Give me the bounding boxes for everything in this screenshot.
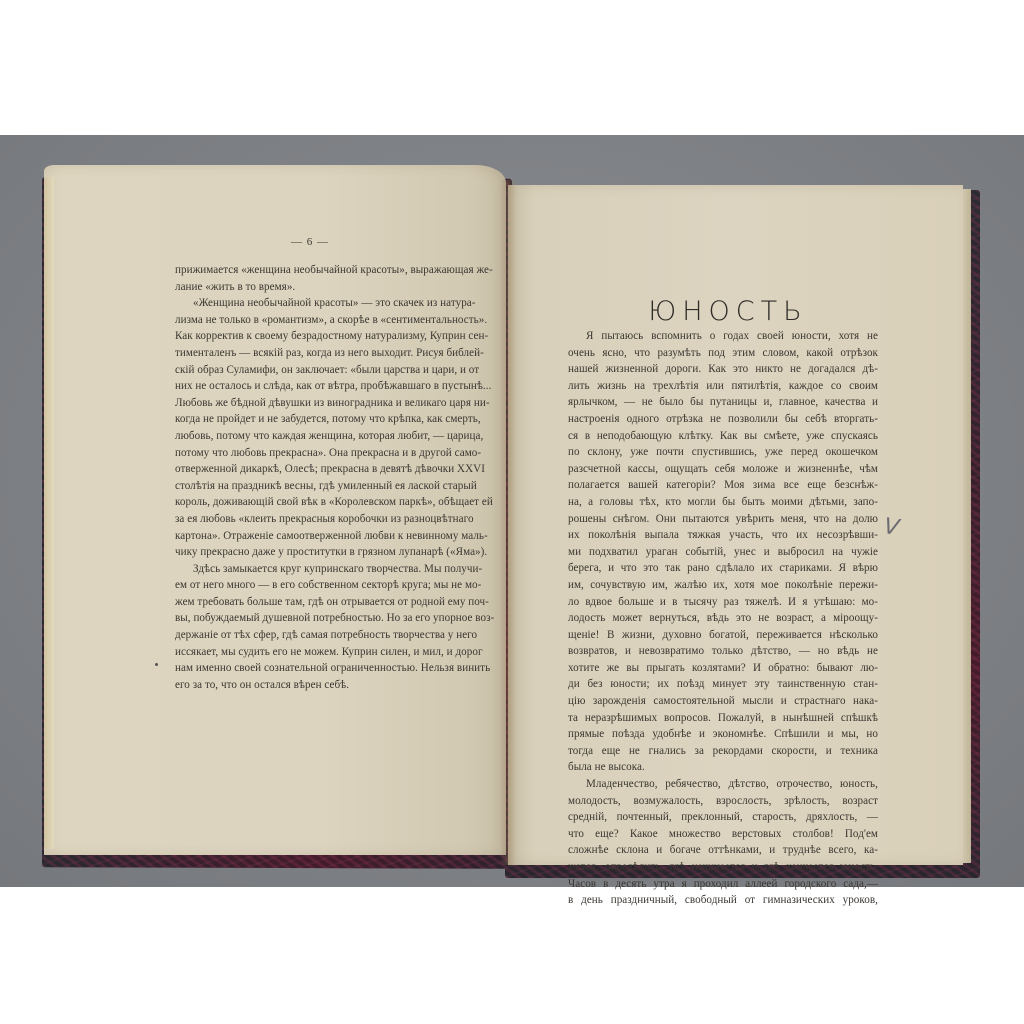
text-line: берега, и что это так рано сдѣлало их ст… bbox=[568, 560, 878, 577]
text-line: полагается вашей категоріи? Моя зима все… bbox=[568, 477, 878, 494]
text-line: нам именно своей сознательной ограниченн… bbox=[175, 660, 465, 677]
left-page-body: прижимается «женщина необычайной красоты… bbox=[175, 262, 465, 693]
text-line: тогда еще не гнались за рекордами скорос… bbox=[568, 743, 878, 760]
text-line: по склону, уже почти спустившись, уже пе… bbox=[568, 444, 878, 461]
text-line: нашей жизненной дороги. Как это никто не… bbox=[568, 361, 878, 378]
text-line: король, доживающій свой вѣк в «Королевск… bbox=[175, 494, 465, 511]
text-line: молодость, возмужалость, взрослость, зрѣ… bbox=[568, 793, 878, 810]
text-line: в день праздничный, свободный от гимнази… bbox=[568, 892, 878, 909]
text-line: Здѣсь замыкается круг купринскаго творче… bbox=[175, 561, 465, 578]
text-line: Как корректив к своему безрадостному нат… bbox=[175, 328, 465, 345]
text-line: Младенчество, ребячество, дѣтство, отроч… bbox=[568, 776, 878, 793]
text-line: отверженной дикаркѣ, Олесѣ; прекрасна в … bbox=[175, 461, 465, 478]
text-line: была не высока. bbox=[568, 759, 878, 776]
text-line: рошены снѣгом. Они пытаются увѣрить меня… bbox=[568, 511, 878, 528]
text-line: скій образ Суламифи, он заключает: «были… bbox=[175, 362, 465, 379]
text-line: на, а головы тѣх, кто могли бы быть моим… bbox=[568, 494, 878, 511]
text-line: прижимается «женщина необычайной красоты… bbox=[175, 262, 465, 279]
text-line: ми подхватил ураган событій, унес и выбр… bbox=[568, 544, 878, 561]
text-line: что еще? Какое множество верстовых столб… bbox=[568, 826, 878, 843]
text-line: лание «жить в то время». bbox=[175, 279, 465, 296]
text-line: разсчетной кассы, ощущать себя моложе и … bbox=[568, 461, 878, 478]
text-line: та неразрѣшимых вопросов. Пожалуй, в нын… bbox=[568, 710, 878, 727]
text-line: его за то, что он остался вѣрен себѣ. bbox=[175, 677, 465, 694]
text-line: лизма не только в «романтизм», а скорѣе … bbox=[175, 312, 465, 329]
text-line: тименталенъ — всякій раз, когда из него … bbox=[175, 345, 465, 362]
text-line: Часов в десять утра я проходил аллеей го… bbox=[568, 876, 878, 893]
text-line: ем от него много — в его собственном сек… bbox=[175, 577, 465, 594]
text-line: держаніе от тѣх сфер, гдѣ самая потребно… bbox=[175, 627, 465, 644]
text-line: возвратов, и невозвратимо только дѣтство… bbox=[568, 643, 878, 660]
text-line: «Женщина необычайной красоты» — это скач… bbox=[175, 295, 465, 312]
page-number: — 6 — bbox=[280, 236, 340, 248]
text-line: ярлычком, — не было бы путаницы и, главн… bbox=[568, 394, 878, 411]
text-line: очень ясно, что разумѣть под этим словом… bbox=[568, 345, 878, 362]
text-line: жется, опредѣлить, гдѣ начинается и гдѣ … bbox=[568, 859, 878, 876]
text-line: хотите же вы прыгать козлятами? И обратн… bbox=[568, 660, 878, 677]
text-line: иссякает, мы судить его не можем. Куприн… bbox=[175, 644, 465, 661]
text-line: любовь, потому что каждая женщина, котор… bbox=[175, 428, 465, 445]
chapter-title: ЮНОСТЬ bbox=[628, 296, 828, 327]
ink-speck bbox=[155, 663, 158, 666]
text-line: ло вдвое больше и в тысячу раз тяжелѣ. И… bbox=[568, 594, 878, 611]
text-line: щеніе! В жизни, духовно богатой, пережив… bbox=[568, 627, 878, 644]
text-line: когда не пройдет и не забудется, потому … bbox=[175, 411, 465, 428]
text-line: прямые поѣзда удобнѣе и экономнѣе. Спѣши… bbox=[568, 726, 878, 743]
text-line: них не осталось и слѣда, как от вѣтра, п… bbox=[175, 378, 465, 395]
text-line: средній, почтенный, преклонный, старость… bbox=[568, 809, 878, 826]
text-line: за ея любовь «клеить прекрасныя коробочк… bbox=[175, 511, 465, 528]
text-line: ся в неподобающую клѣтку. Как вы смѣете,… bbox=[568, 428, 878, 445]
text-line: сложнѣе склона и богаче оттѣнками, и тру… bbox=[568, 842, 878, 859]
text-line: ди без юности; их поѣзд минует эту таинс… bbox=[568, 676, 878, 693]
book-gutter bbox=[500, 180, 516, 865]
text-line: вы, побуждаемый душевной потребностью. Н… bbox=[175, 610, 465, 627]
text-line: чику прекрасно даже у проститутки в гряз… bbox=[175, 544, 465, 561]
right-page-body: Я пытаюсь вспомнить о годах своей юности… bbox=[568, 328, 878, 909]
text-line: настроенія одного отрѣзка не позволили б… bbox=[568, 411, 878, 428]
text-line: Любовь же бѣдной дѣвушки из виноградника… bbox=[175, 395, 465, 412]
text-line: жем требовать больше там, гдѣ он отрывае… bbox=[175, 594, 465, 611]
text-line: картона». Отраженіе самоотверженной любв… bbox=[175, 528, 465, 545]
text-line: столѣтія на праздникѣ весны, гдѣ умиленн… bbox=[175, 478, 465, 495]
text-line: Я пытаюсь вспомнить о годах своей юности… bbox=[568, 328, 878, 345]
text-line: их поколѣнія выпала тяжкая участь, что и… bbox=[568, 527, 878, 544]
text-line: лить жизнь на трехлѣтія или пятилѣтія, к… bbox=[568, 378, 878, 395]
text-line: потому что любовь прекрасна». Она прекра… bbox=[175, 445, 465, 462]
text-line: лодость может вернуться, вѣдь это не воз… bbox=[568, 610, 878, 627]
text-line: цію зарожденія самостоятельной мысли и с… bbox=[568, 693, 878, 710]
text-line: им, сочувствую им, жалѣю их, хотя мое по… bbox=[568, 577, 878, 594]
